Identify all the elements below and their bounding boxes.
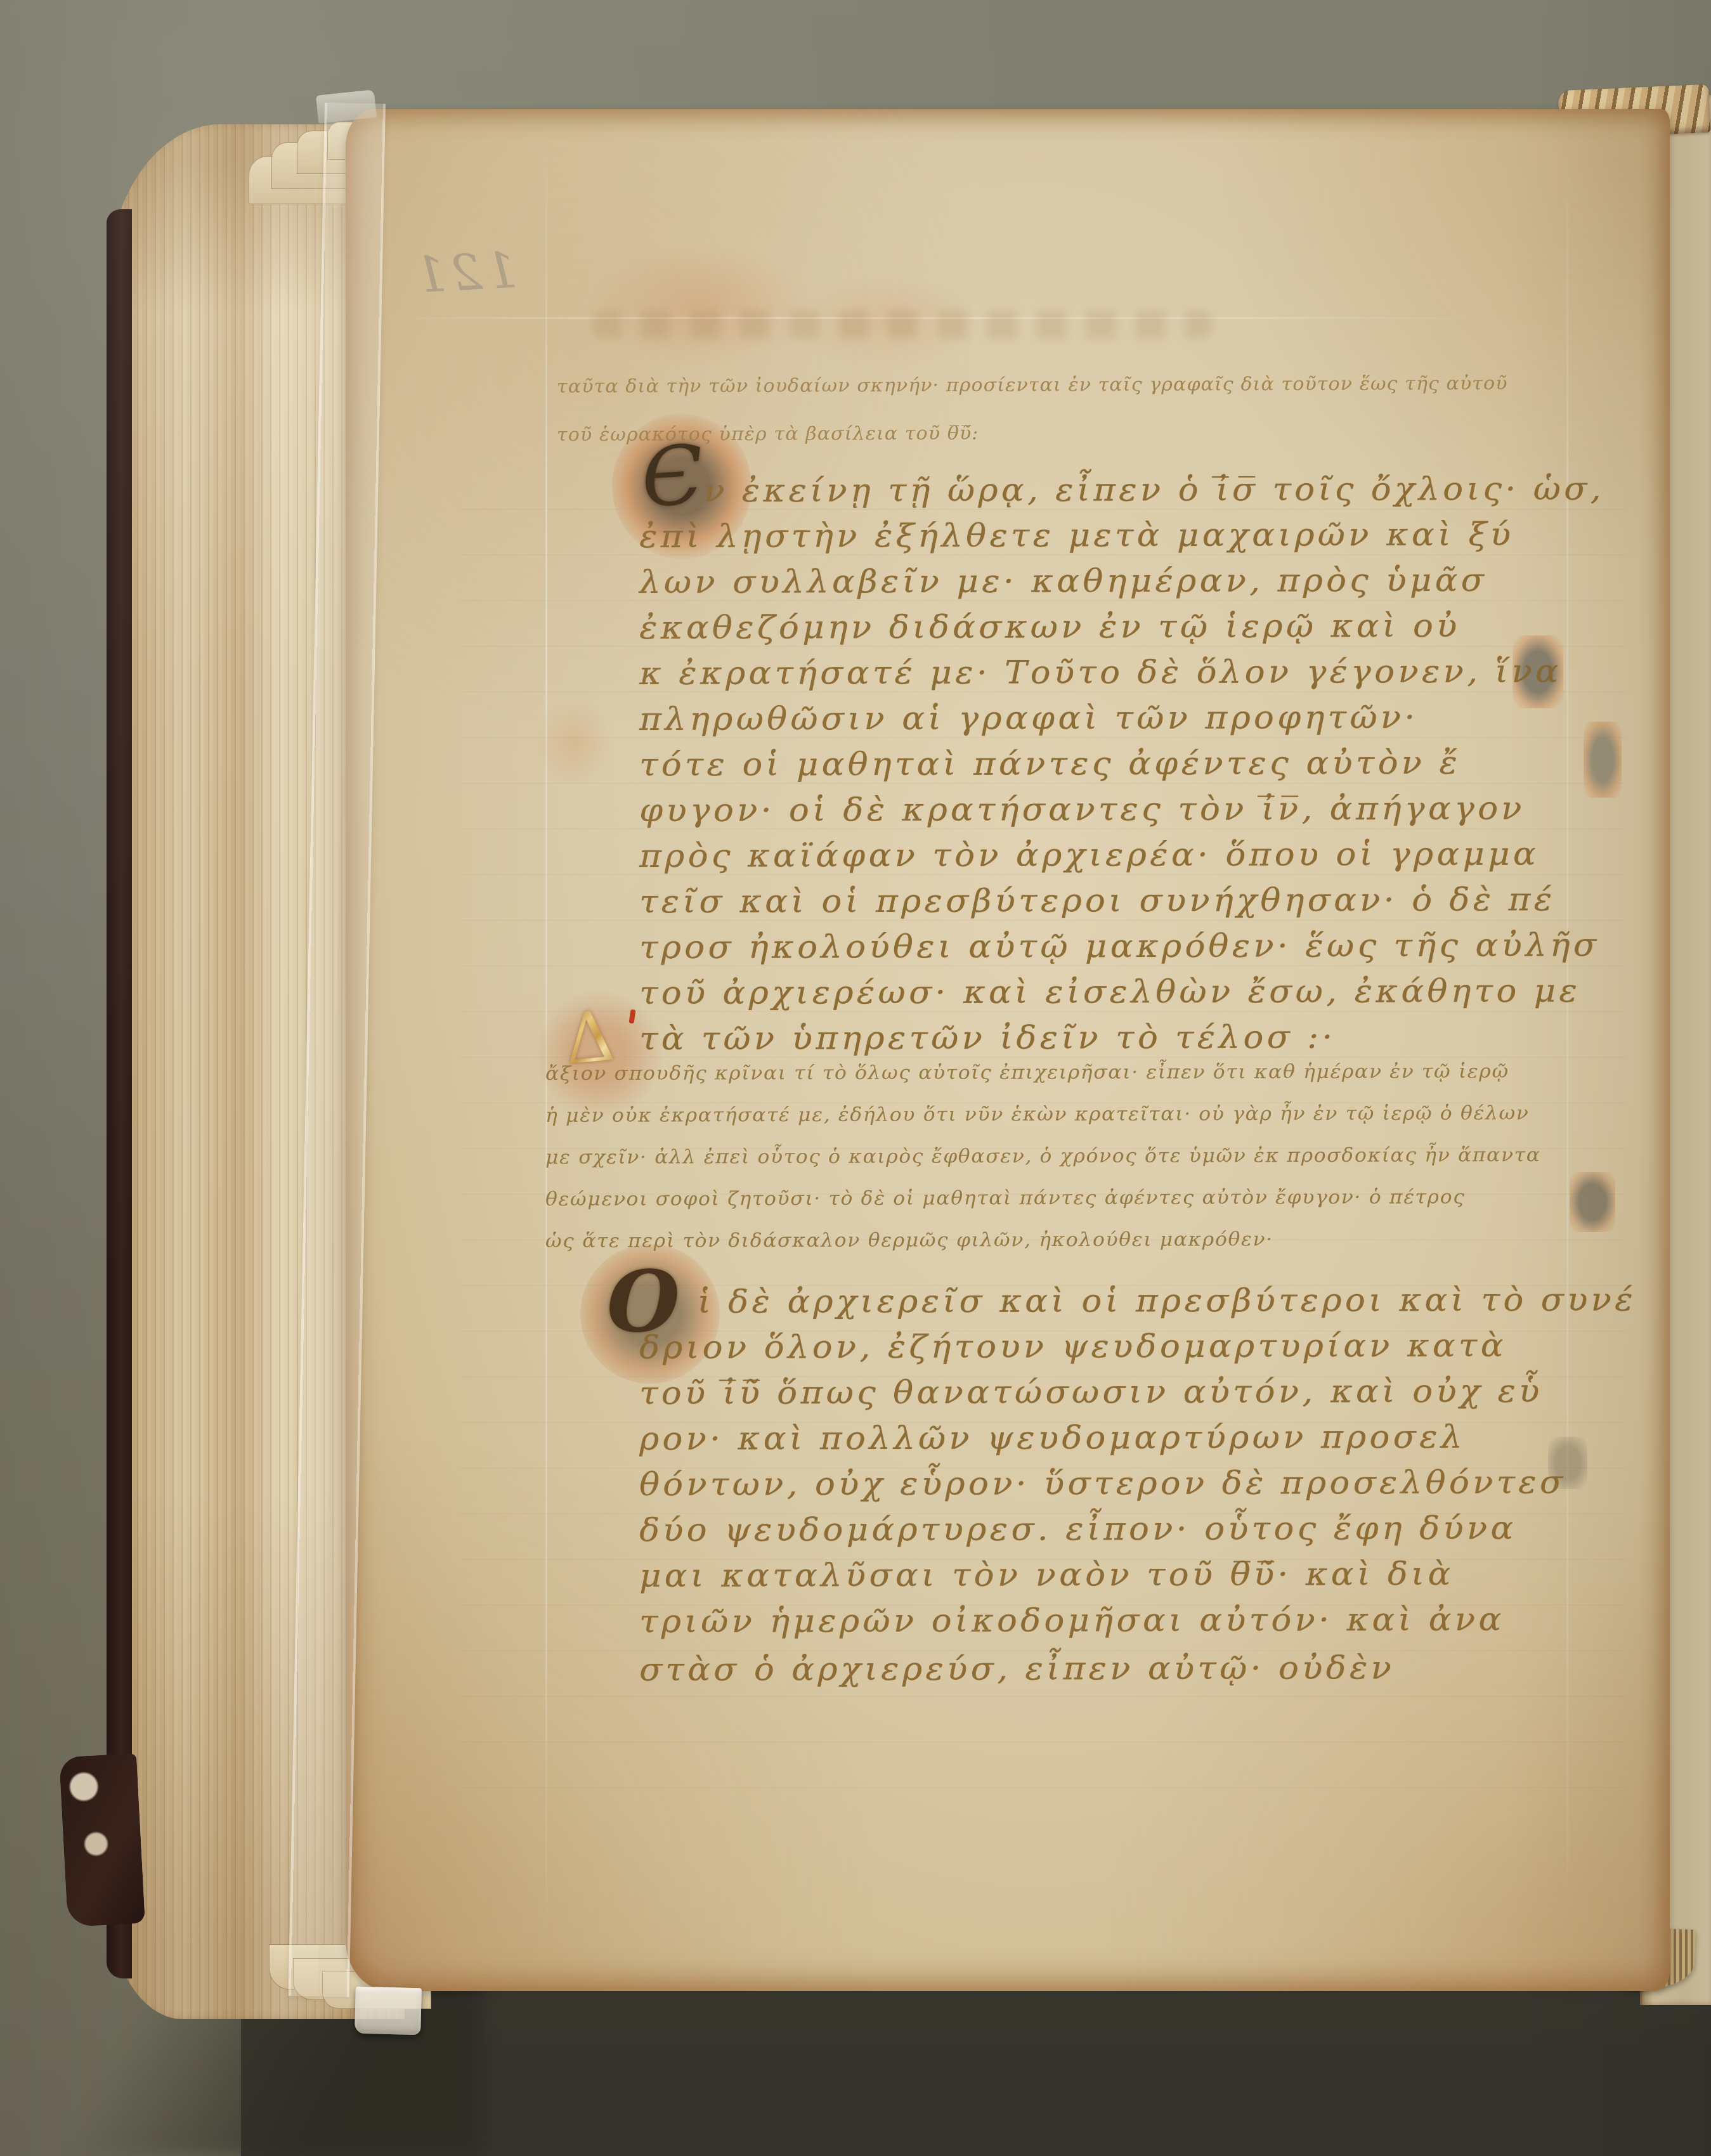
- text-line: στὰσ ὁ ἀρχιερεύσ, εἶπεν αὐτῷ· οὐδὲν: [639, 1649, 1395, 1688]
- leather-corner-worn: [59, 1753, 145, 1927]
- text-line: μαι καταλῦσαι τὸν ναὸν τοῦ θ̅ῦ̅· καὶ διὰ: [639, 1555, 1454, 1594]
- scholion-line: ὡς ἅτε περὶ τὸν διδάσκαλον θερμῶς φιλῶν,…: [545, 1228, 1273, 1252]
- rubric-line: τοῦ ἑωρακότος ὑπὲρ τὰ βασίλεια τοῦ θ̅ῦ̅:: [557, 422, 979, 445]
- text-line: δριον ὅλον, ἐζήτουν ψευδομαρτυρίαν κατὰ: [639, 1327, 1507, 1366]
- text-line: κ ἐκρατήσατέ με· Τοῦτο δὲ ὅλον γέγονεν, …: [639, 653, 1561, 692]
- text-line: ν ἐκείνῃ τῇ ὥρᾳ, εἶπεν ὁ ἰ̅σ̅ τοῖς ὄχλοι…: [704, 470, 1604, 509]
- text-line: τροσ ἠκολούθει αὐτῷ μακρόθεν· ἕως τῆς αὐ…: [639, 926, 1600, 966]
- rubric-line: ταῦτα διὰ τὴν τῶν ἰουδαίων σκηνήν· προσί…: [557, 372, 1508, 397]
- margin-smudge: [1570, 1172, 1615, 1232]
- scholion-line: με σχεῖν· ἀλλ ἐπεὶ οὗτος ὁ καιρὸς ἔφθασε…: [545, 1144, 1541, 1169]
- initial-epsilon: Є: [639, 434, 706, 520]
- text-line: τεῖσ καὶ οἱ πρεσβύτεροι συνήχθησαν· ὁ δὲ…: [639, 881, 1556, 920]
- scholion-line: θεώμενοι σοφοὶ ζητοῦσι· τὸ δὲ οἱ μαθηταὶ…: [545, 1186, 1465, 1211]
- text-line: τότε οἱ μαθηταὶ πάντες ἀφέντες αὐτὸν ἔ: [639, 744, 1461, 783]
- text-line: δύο ψευδομάρτυρεσ. εἶπον· οὗτος ἔφη δύνα: [639, 1510, 1517, 1549]
- parchment-page: 121 Є Δ Ο ταῦτα διὰ τὴν τῶν ἰουδαίων σκη…: [346, 109, 1670, 1991]
- text-line: ἱ δὲ ἀρχιερεῖσ καὶ οἱ πρεσβύτεροι καὶ τὸ…: [698, 1281, 1636, 1320]
- erased-text-ghost: [592, 311, 1213, 339]
- rust-stain: [536, 699, 612, 788]
- tape-strip-bottom-end: [355, 1987, 422, 2036]
- text-line: ἐκαθεζόμην διδάσκων ἐν τῷ ἱερῷ καὶ οὐ: [639, 607, 1461, 646]
- text-line: πρὸς καϊάφαν τὸν ἀρχιερέα· ὅπου οἱ γραμμ…: [639, 835, 1539, 874]
- text-line: λων συλλαβεῖν με· καθημέραν, πρὸς ὑμᾶσ: [639, 562, 1487, 601]
- text-line: τὰ τῶν ὑπηρετῶν ἰδεῖν τὸ τέλοσ :·: [639, 1018, 1336, 1057]
- text-line: τοῦ ἀρχιερέωσ· καὶ εἰσελθὼν ἔσω, ἐκάθητο…: [639, 972, 1580, 1011]
- manuscript-photo: 121 Є Δ Ο ταῦτα διὰ τὴν τῶν ἰουδαίων σκη…: [0, 0, 1711, 2156]
- vertical-crease: [545, 147, 547, 1954]
- red-fleck: [629, 1010, 636, 1024]
- scholion-line: ἄξιον σπουδῆς κρῖναι τί τὸ ὅλως αὐτοῖς ἐ…: [545, 1060, 1509, 1085]
- bleedthrough-folio-number: 121: [410, 242, 519, 305]
- vertical-crease: [1566, 147, 1568, 1954]
- leather-cover-edge: [107, 209, 132, 1978]
- text-line: τριῶν ἡμερῶν οἰκοδομῆσαι αὐτόν· καὶ ἀνα: [639, 1601, 1505, 1640]
- text-line: πληρωθῶσιν αἱ γραφαὶ τῶν προφητῶν·: [639, 699, 1419, 737]
- margin-smudge: [1584, 722, 1622, 798]
- text-line: φυγον· οἱ δὲ κρατήσαντες τὸν ἰ̅ν̅, ἀπήγα…: [639, 790, 1525, 829]
- scholion-line: ἡ μὲν οὐκ ἐκρατήσατέ με, ἐδήλου ὅτι νῦν …: [545, 1102, 1530, 1127]
- text-line: ἐπὶ λῃστὴν ἐξήλθετε μετὰ μαχαιρῶν καὶ ξύ: [639, 516, 1514, 555]
- rust-stain: [587, 242, 815, 369]
- text-line: τοῦ ἰ̅ῦ̅ ὅπως θανατώσωσιν αὐτόν, καὶ οὐχ…: [639, 1372, 1543, 1412]
- text-line: θόντων, οὐχ εὗρον· ὕστερον δὲ προσελθόντ…: [639, 1464, 1566, 1503]
- text-line: ρον· καὶ πολλῶν ψευδομαρτύρων προσελ: [639, 1419, 1466, 1457]
